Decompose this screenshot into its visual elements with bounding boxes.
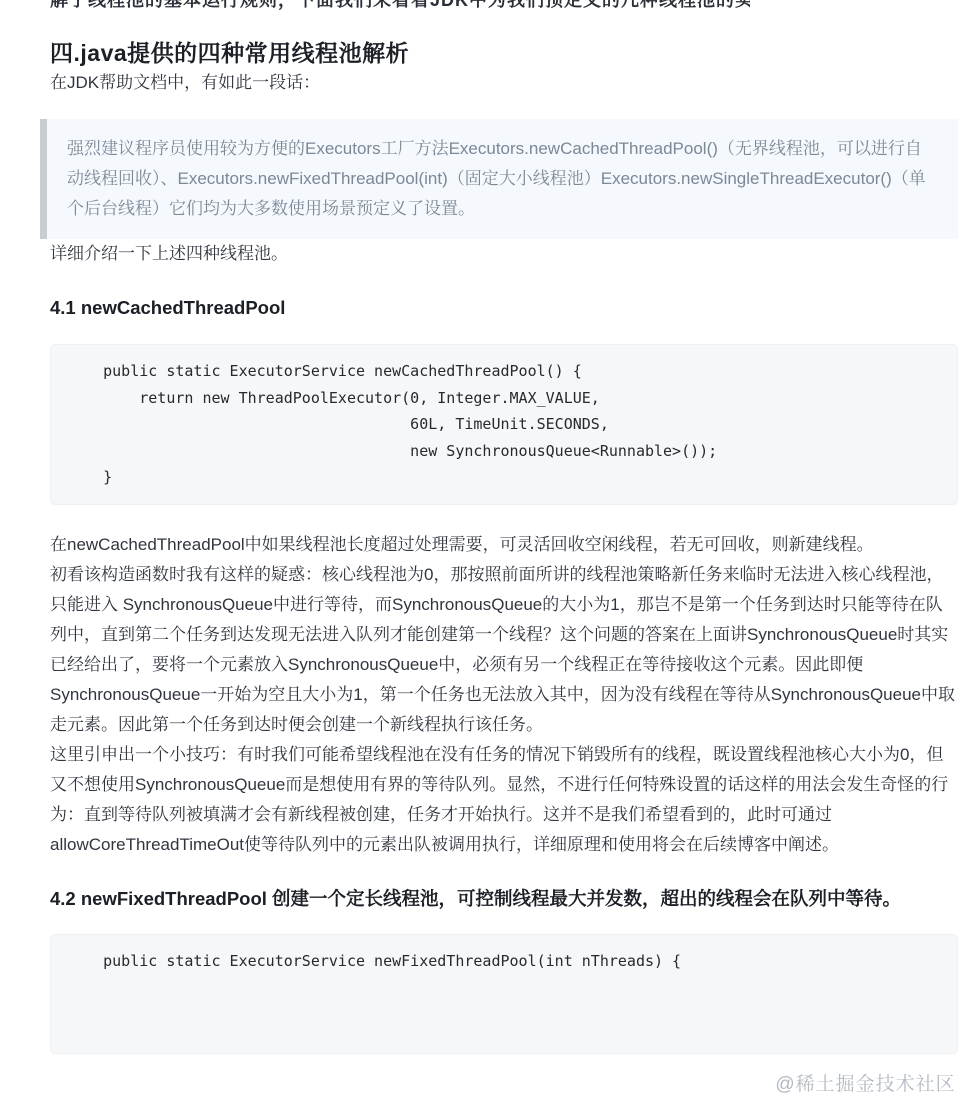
- paragraph-1: 在newCachedThreadPool中如果线程池长度超过处理需要，可灵活回收…: [50, 530, 958, 560]
- paragraph-3: 这里引申出一个小技巧：有时我们可能希望线程池在没有任务的情况下销毁所有的线程，既…: [50, 740, 958, 860]
- code-block-newcachedthreadpool: public static ExecutorService newCachedT…: [50, 344, 958, 505]
- jdk-doc-blockquote: 强烈建议程序员使用较为方便的Executors工厂方法Executors.new…: [40, 119, 958, 239]
- article-content: 解了线程池的基本运行规则，下面我们来看看JDK中为我们预定义的几种线程池的实现 …: [0, 0, 976, 1054]
- code-block-newfixedthreadpool: public static ExecutorService newFixedTh…: [50, 934, 958, 1054]
- intro-paragraph: 在JDK帮助文档中，有如此一段话：: [50, 68, 958, 98]
- clipped-text: 解了线程池的基本运行规则，下面我们来看看JDK中为我们预定义的几种线程池的实现: [50, 0, 750, 10]
- watermark-badge: @稀土掘金技术社区: [755, 1062, 976, 1094]
- watermark-text: @稀土掘金技术社区: [775, 1069, 955, 1094]
- heading-4-2: 4.2 newFixedThreadPool 创建一个定长线程池，可控制线程最大…: [50, 885, 958, 913]
- clipped-text-line: 解了线程池的基本运行规则，下面我们来看看JDK中为我们预定义的几种线程池的实现: [50, 0, 750, 10]
- section-4-1-paragraphs: 在newCachedThreadPool中如果线程池长度超过处理需要，可灵活回收…: [40, 530, 958, 860]
- paragraph-2: 初看该构造函数时我有这样的疑惑：核心线程池为0，那按照前面所讲的线程池策略新任务…: [50, 560, 958, 740]
- heading-4-1: 4.1 newCachedThreadPool: [50, 294, 958, 322]
- after-quote-paragraph: 详细介绍一下上述四种线程池。: [50, 239, 958, 269]
- section-heading-4: 四.java提供的四种常用线程池解析: [50, 35, 958, 68]
